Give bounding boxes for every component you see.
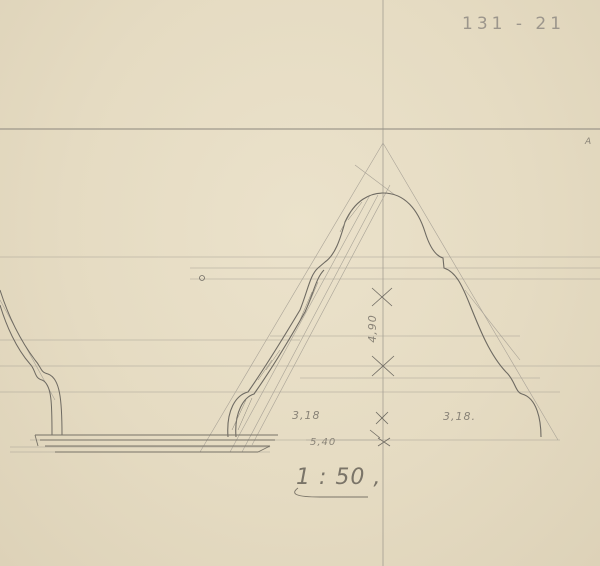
left-profile [0, 290, 62, 435]
corner-mark: A [585, 137, 592, 147]
dimension-right-width: 3,18. [443, 410, 476, 423]
base-plinth [35, 435, 278, 452]
dimension-base-width: 5,40 [310, 437, 336, 448]
drawing-sheet: 131 - 21 3,18 3,18. 5,40 4,90 1 : 50 , A [0, 0, 600, 566]
dimension-marks [370, 288, 394, 446]
center-mark [200, 276, 205, 281]
dimension-height: 4,90 [366, 314, 379, 343]
scale-label: 1 : 50 , [296, 465, 381, 490]
pediment-profile [228, 193, 541, 437]
reference-number: 131 - 21 [462, 14, 565, 34]
dimension-left-width: 3,18 [292, 409, 321, 422]
